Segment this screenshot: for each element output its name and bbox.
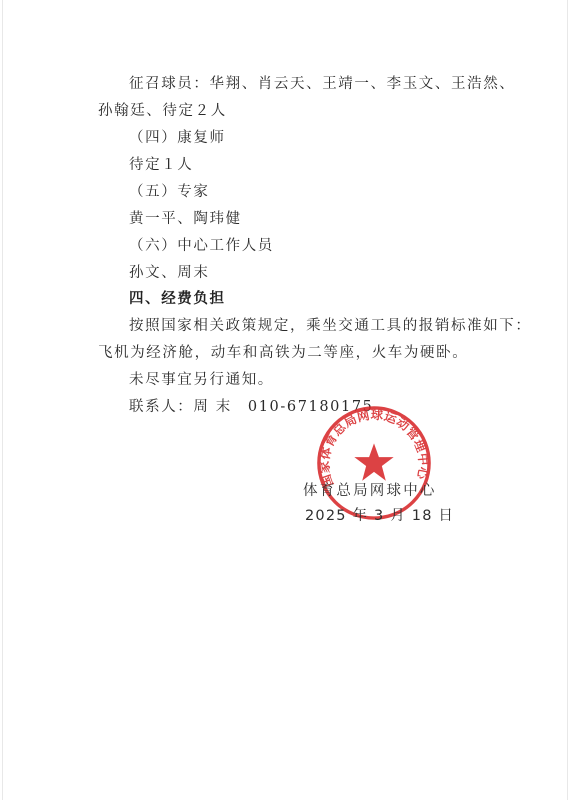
text-line-further-notice: 未尽事宜另行通知。 bbox=[129, 371, 274, 389]
text-line-reimbursement: 按照国家相关政策规定，乘坐交通工具的报销标准如下： bbox=[129, 317, 532, 335]
section-heading-rehab: （四）康复师 bbox=[129, 129, 226, 147]
signature-organization: 体育总局网球中心 bbox=[303, 479, 437, 500]
document-page: 征召球员：华翔、肖云天、王靖一、李玉文、王浩然、 孙翰廷、待定２人 （四）康复师… bbox=[2, 0, 568, 800]
text-line-recruited-players-cont: 孙翰廷、待定２人 bbox=[98, 102, 227, 120]
text-line-rehab: 待定１人 bbox=[129, 156, 193, 174]
section-heading-expenses: 四、经费负担 bbox=[129, 290, 226, 308]
section-heading-experts: （五）专家 bbox=[129, 183, 210, 201]
signature-date: 2025 年 3 月 18 日 bbox=[305, 504, 454, 525]
star-icon bbox=[354, 443, 393, 480]
section-heading-staff: （六）中心工作人员 bbox=[129, 237, 274, 255]
text-line-reimbursement-cont: 飞机为经济舱，动车和高铁为二等座，火车为硬卧。 bbox=[98, 344, 468, 362]
text-line-recruited-players: 征召球员：华翔、肖云天、王靖一、李玉文、王浩然、 bbox=[129, 75, 515, 93]
text-line-experts: 黄一平、陶玮健 bbox=[129, 210, 242, 228]
text-line-staff: 孙文、周末 bbox=[129, 264, 210, 282]
